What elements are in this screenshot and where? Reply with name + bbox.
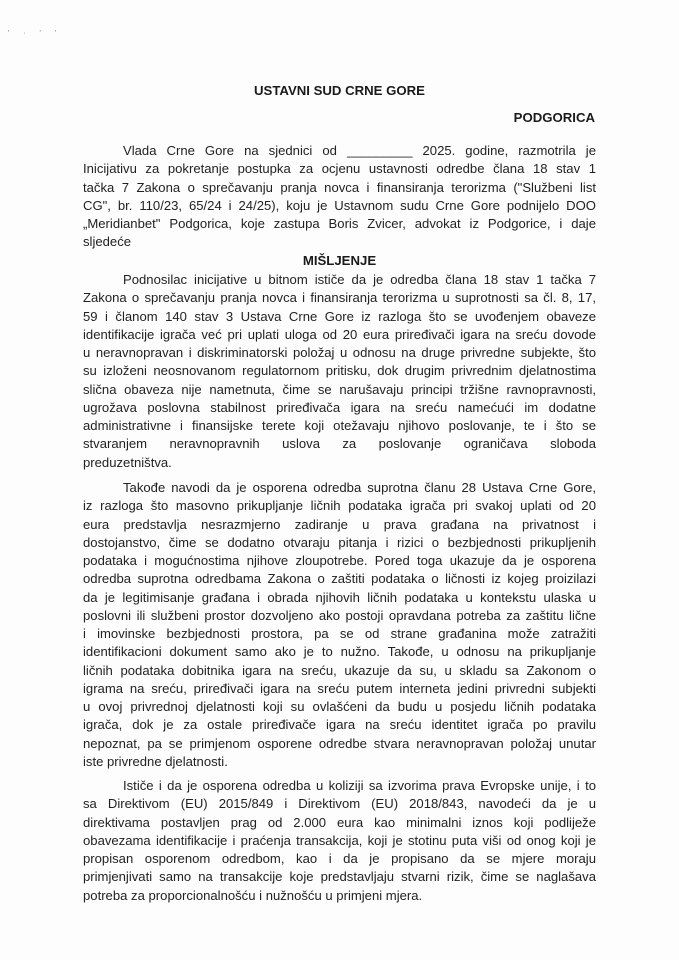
text-line: poslovni ili službeni prostor dozvoljeno…: [83, 607, 596, 625]
city-label: PODGORICA: [514, 110, 595, 125]
text-line: identifikacioni dokument samo ako je to …: [83, 643, 596, 661]
text-line: igrača, dok je za ostale priređivače iga…: [83, 716, 596, 734]
text-line: iz razloga što masovno prikupljanje ličn…: [83, 497, 596, 515]
text-line: propisan osporenom odredbom, kao i da je…: [83, 850, 596, 868]
text-line: stvaranjem neravnopravnih uslova za posl…: [83, 435, 596, 453]
text-line: ličnih podataka dobitnika igara na sreću…: [83, 662, 596, 680]
text-line: slična obaveza nije nametnuta, čime se n…: [83, 381, 596, 399]
text-line: igrama na sreću, priređivači igara na sr…: [83, 680, 596, 698]
text-line: CG", br. 110/23, 65/24 i 24/25), koju je…: [83, 197, 596, 215]
text-line: primjenjivati samo na transakcije koje p…: [83, 868, 596, 886]
text-line: sa Direktivom (EU) 2015/849 i Direktivom…: [83, 795, 596, 813]
text-line: preduzetništva.: [83, 454, 596, 472]
text-line: da je legitimisanje građana i obrada nji…: [83, 589, 596, 607]
court-title: USTAVNI SUD CRNE GORE: [0, 83, 679, 98]
intro-paragraph: Vlada Crne Gore na sjednici od _________…: [83, 142, 596, 252]
text-line: „Meridianbet" Podgorica, koje zastupa Bo…: [83, 215, 596, 233]
paragraph-1: Podnosilac inicijative u bitnom ističe d…: [83, 271, 596, 472]
text-line: Podnosilac inicijative u bitnom ističe d…: [83, 271, 596, 289]
text-line: administrativne i finansijske terete koj…: [83, 417, 596, 435]
text-line: direktivama postavljen prag od 2.000 eur…: [83, 814, 596, 832]
text-line: u ovoj privrednoj djelatnosti koji su ov…: [83, 698, 596, 716]
text-line: identifikacije igrača već pri uplati ulo…: [83, 326, 596, 344]
text-line: ugrožava poslovna stabilnost priređivača…: [83, 399, 596, 417]
text-line: Zakona o sprečavanju pranja novca i fina…: [83, 289, 596, 307]
paragraph-3: Ističe i da je osporena odredba u kolizi…: [83, 777, 596, 905]
text-line: Inicijativu za pokretanje postupka za oc…: [83, 160, 596, 178]
text-line: tačka 7 Zakona o sprečavanju pranja novc…: [83, 179, 596, 197]
text-line: odredba suprotna odredbama Zakona o zašt…: [83, 570, 596, 588]
section-heading: MIŠLJENJE: [0, 253, 679, 268]
scan-marks: ' · ' ': [8, 30, 62, 37]
text-line: nepoznat, pa se primjenom osporene odred…: [83, 735, 596, 753]
text-line: Vlada Crne Gore na sjednici od _________…: [83, 142, 596, 160]
text-line: su izloženi neosnovanom regulatornom pri…: [83, 362, 596, 380]
text-line: eura predstavlja nesrazmjerno zadiranje …: [83, 516, 596, 534]
text-line: dostojanstvo, čime se dodatno otvaraju p…: [83, 534, 596, 552]
text-line: obavezama identifikacije i praćenja tran…: [83, 832, 596, 850]
text-line: Ističe i da je osporena odredba u kolizi…: [83, 777, 596, 795]
text-line: u neravnopravan i diskriminatorski polož…: [83, 344, 596, 362]
text-line: Takođe navodi da je osporena odredba sup…: [83, 479, 596, 497]
text-line: 59 i članom 140 stav 3 Ustava Crne Gore …: [83, 308, 596, 326]
document-page: ' · ' ' USTAVNI SUD CRNE GORE PODGORICA …: [0, 0, 679, 960]
text-line: i imovinske bezbjednosti prostora, pa se…: [83, 625, 596, 643]
text-line: sljedeće: [83, 233, 596, 251]
paragraph-2: Takođe navodi da je osporena odredba sup…: [83, 479, 596, 771]
text-line: potreba za proporcionalnošću i nužnošću …: [83, 887, 596, 905]
text-line: podataka i mogućnostima njihove zloupotr…: [83, 552, 596, 570]
text-line: iste privredne djelatnosti.: [83, 753, 596, 771]
